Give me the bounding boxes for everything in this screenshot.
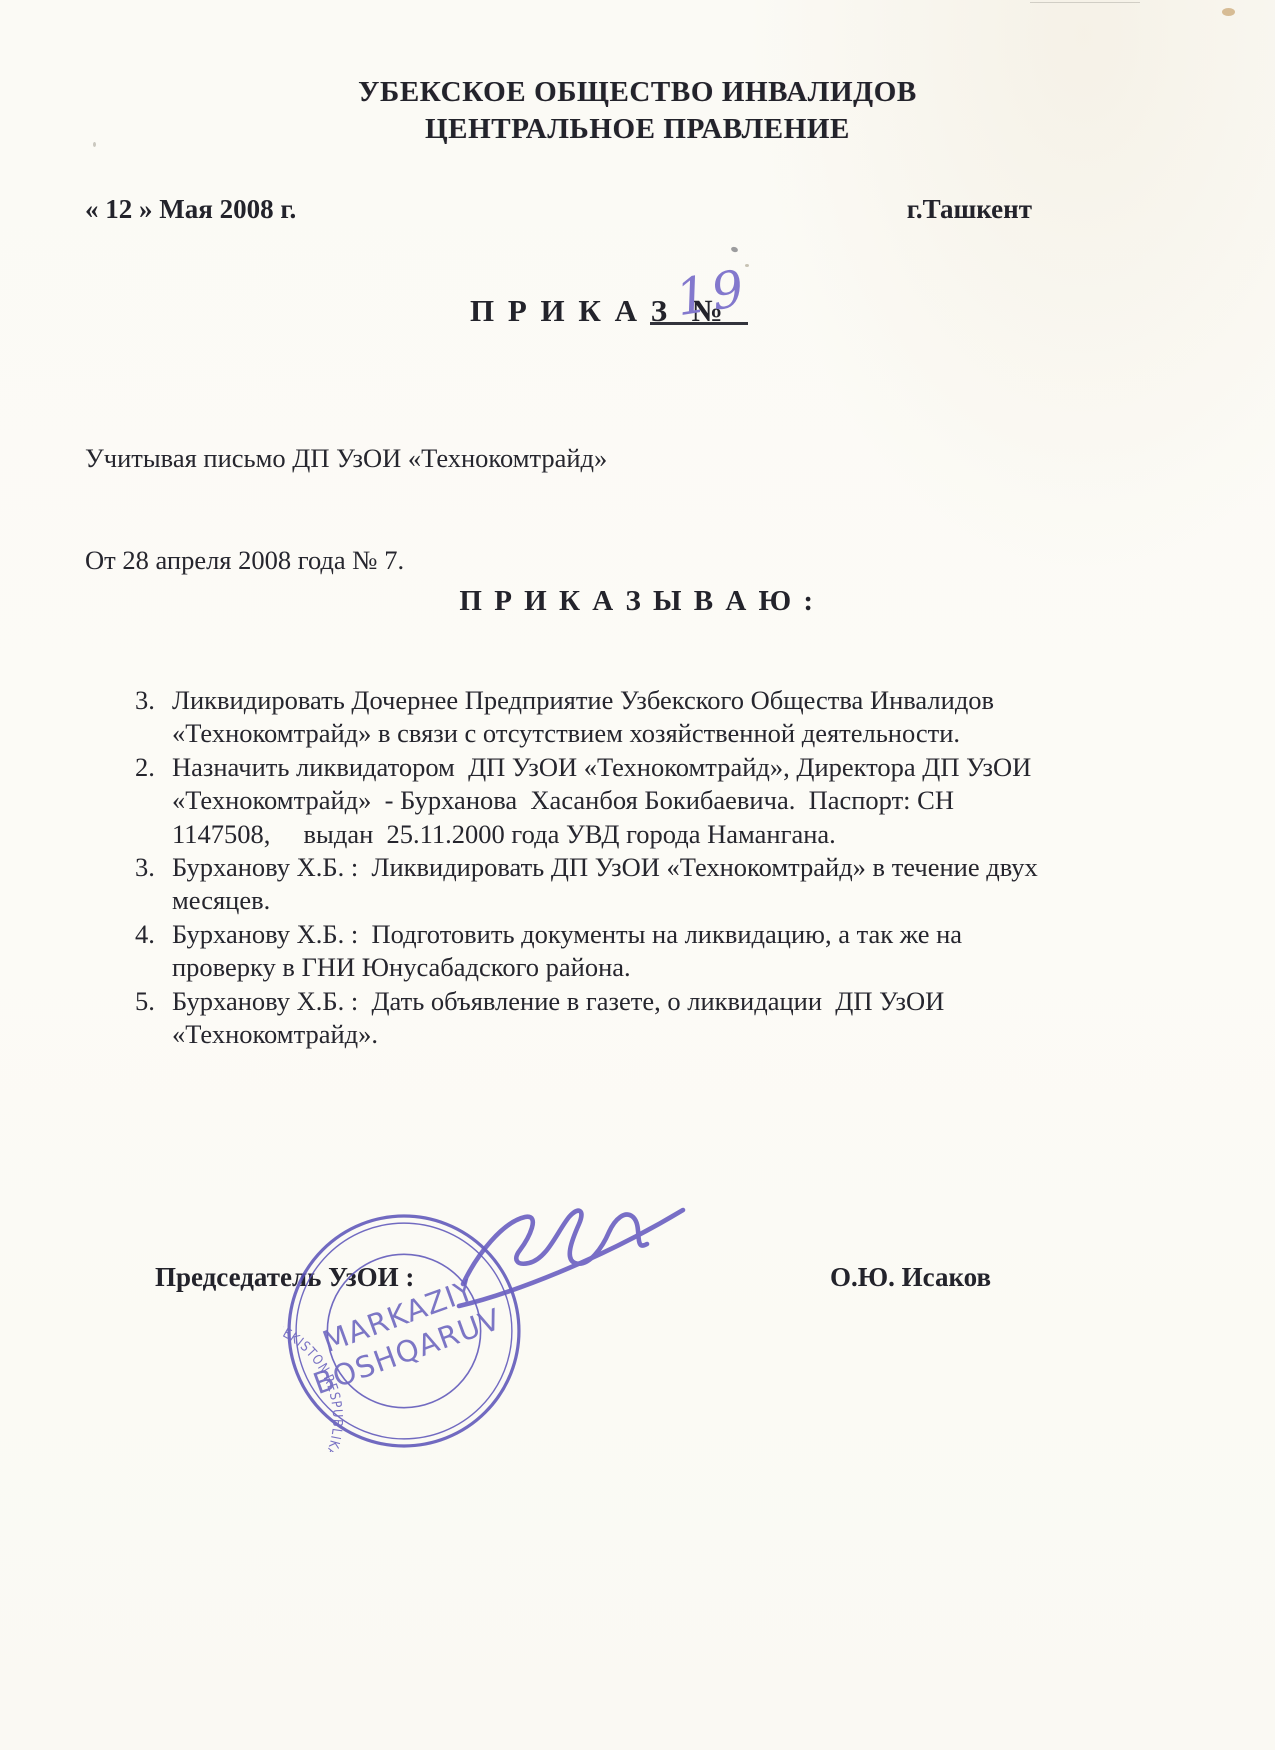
item-number: 3. — [135, 684, 172, 717]
list-item-line: 2.Назначить ликвидатором ДП УзОИ «Технок… — [135, 751, 1075, 784]
dateline: « 12 » Мая 2008 г. г.Ташкент — [85, 194, 1032, 225]
item-text: Бурханову Х.Б. : Подготовить документы н… — [172, 919, 962, 949]
scan-edge-artifact — [1030, 2, 1140, 3]
directive-heading: П Р И К А З Ы В А Ю : — [0, 585, 1275, 618]
document-city: г.Ташкент — [907, 194, 1032, 225]
list-item-line: 3.Бурханову Х.Б. : Ликвидировать ДП УзОИ… — [135, 851, 1075, 884]
list-item-line: 5.Бурханову Х.Б. : Дать объявление в газ… — [135, 985, 1075, 1018]
document-date: « 12 » Мая 2008 г. — [85, 194, 296, 225]
scan-speck — [1222, 8, 1235, 16]
org-board-heading: ЦЕНТРАЛЬНОЕ ПРАВЛЕНИЕ — [0, 113, 1275, 146]
list-item-line: проверку в ГНИ Юнусабадского района. — [135, 951, 1075, 984]
item-number: 3. — [135, 851, 172, 884]
scan-speck — [730, 246, 738, 253]
item-text: Бурханову Х.Б. : Ликвидировать ДП УзОИ «… — [172, 852, 1038, 882]
list-item-line: 3.Ликвидировать Дочернее Предприятие Узб… — [135, 684, 1075, 717]
list-item-line: 1147508, выдан 25.11.2000 года УВД город… — [135, 818, 1075, 851]
list-item-line: «Технокомтрайд». — [135, 1018, 1075, 1051]
list-item-line: 4.Бурханову Х.Б. : Подготовить документы… — [135, 918, 1075, 951]
preamble-line: Учитывая письмо ДП УзОИ «Технокомтрайд» — [85, 441, 607, 475]
list-item-line: «Технокомтрайд» - Бурханова Хасанбоя Бок… — [135, 784, 1075, 817]
order-number-handwritten: 19 — [672, 259, 752, 327]
item-text: Ликвидировать Дочернее Предприятие Узбек… — [172, 685, 994, 715]
scanned-order-document: УБЕКСКОЕ ОБЩЕСТВО ИНВАЛИДОВ ЦЕНТРАЛЬНОЕ … — [0, 0, 1275, 1750]
org-name-heading: УБЕКСКОЕ ОБЩЕСТВО ИНВАЛИДОВ — [0, 76, 1275, 109]
item-number: 2. — [135, 751, 172, 784]
order-items-list: 3.Ликвидировать Дочернее Предприятие Узб… — [135, 684, 1075, 1051]
item-number: 5. — [135, 985, 172, 1018]
list-item-line: месяцев. — [135, 884, 1075, 917]
item-text: Назначить ликвидатором ДП УзОИ «Техноком… — [172, 752, 1031, 782]
signer-name: О.Ю. Исаков — [830, 1262, 991, 1293]
scan-speck — [745, 264, 749, 267]
preamble-line: От 28 апреля 2008 года № 7. — [85, 543, 607, 577]
item-text: Бурханову Х.Б. : Дать объявление в газет… — [172, 986, 944, 1016]
item-number: 4. — [135, 918, 172, 951]
list-item-line: «Технокомтрайд» в связи с отсутствием хо… — [135, 717, 1075, 750]
handwritten-signature — [455, 1202, 695, 1320]
